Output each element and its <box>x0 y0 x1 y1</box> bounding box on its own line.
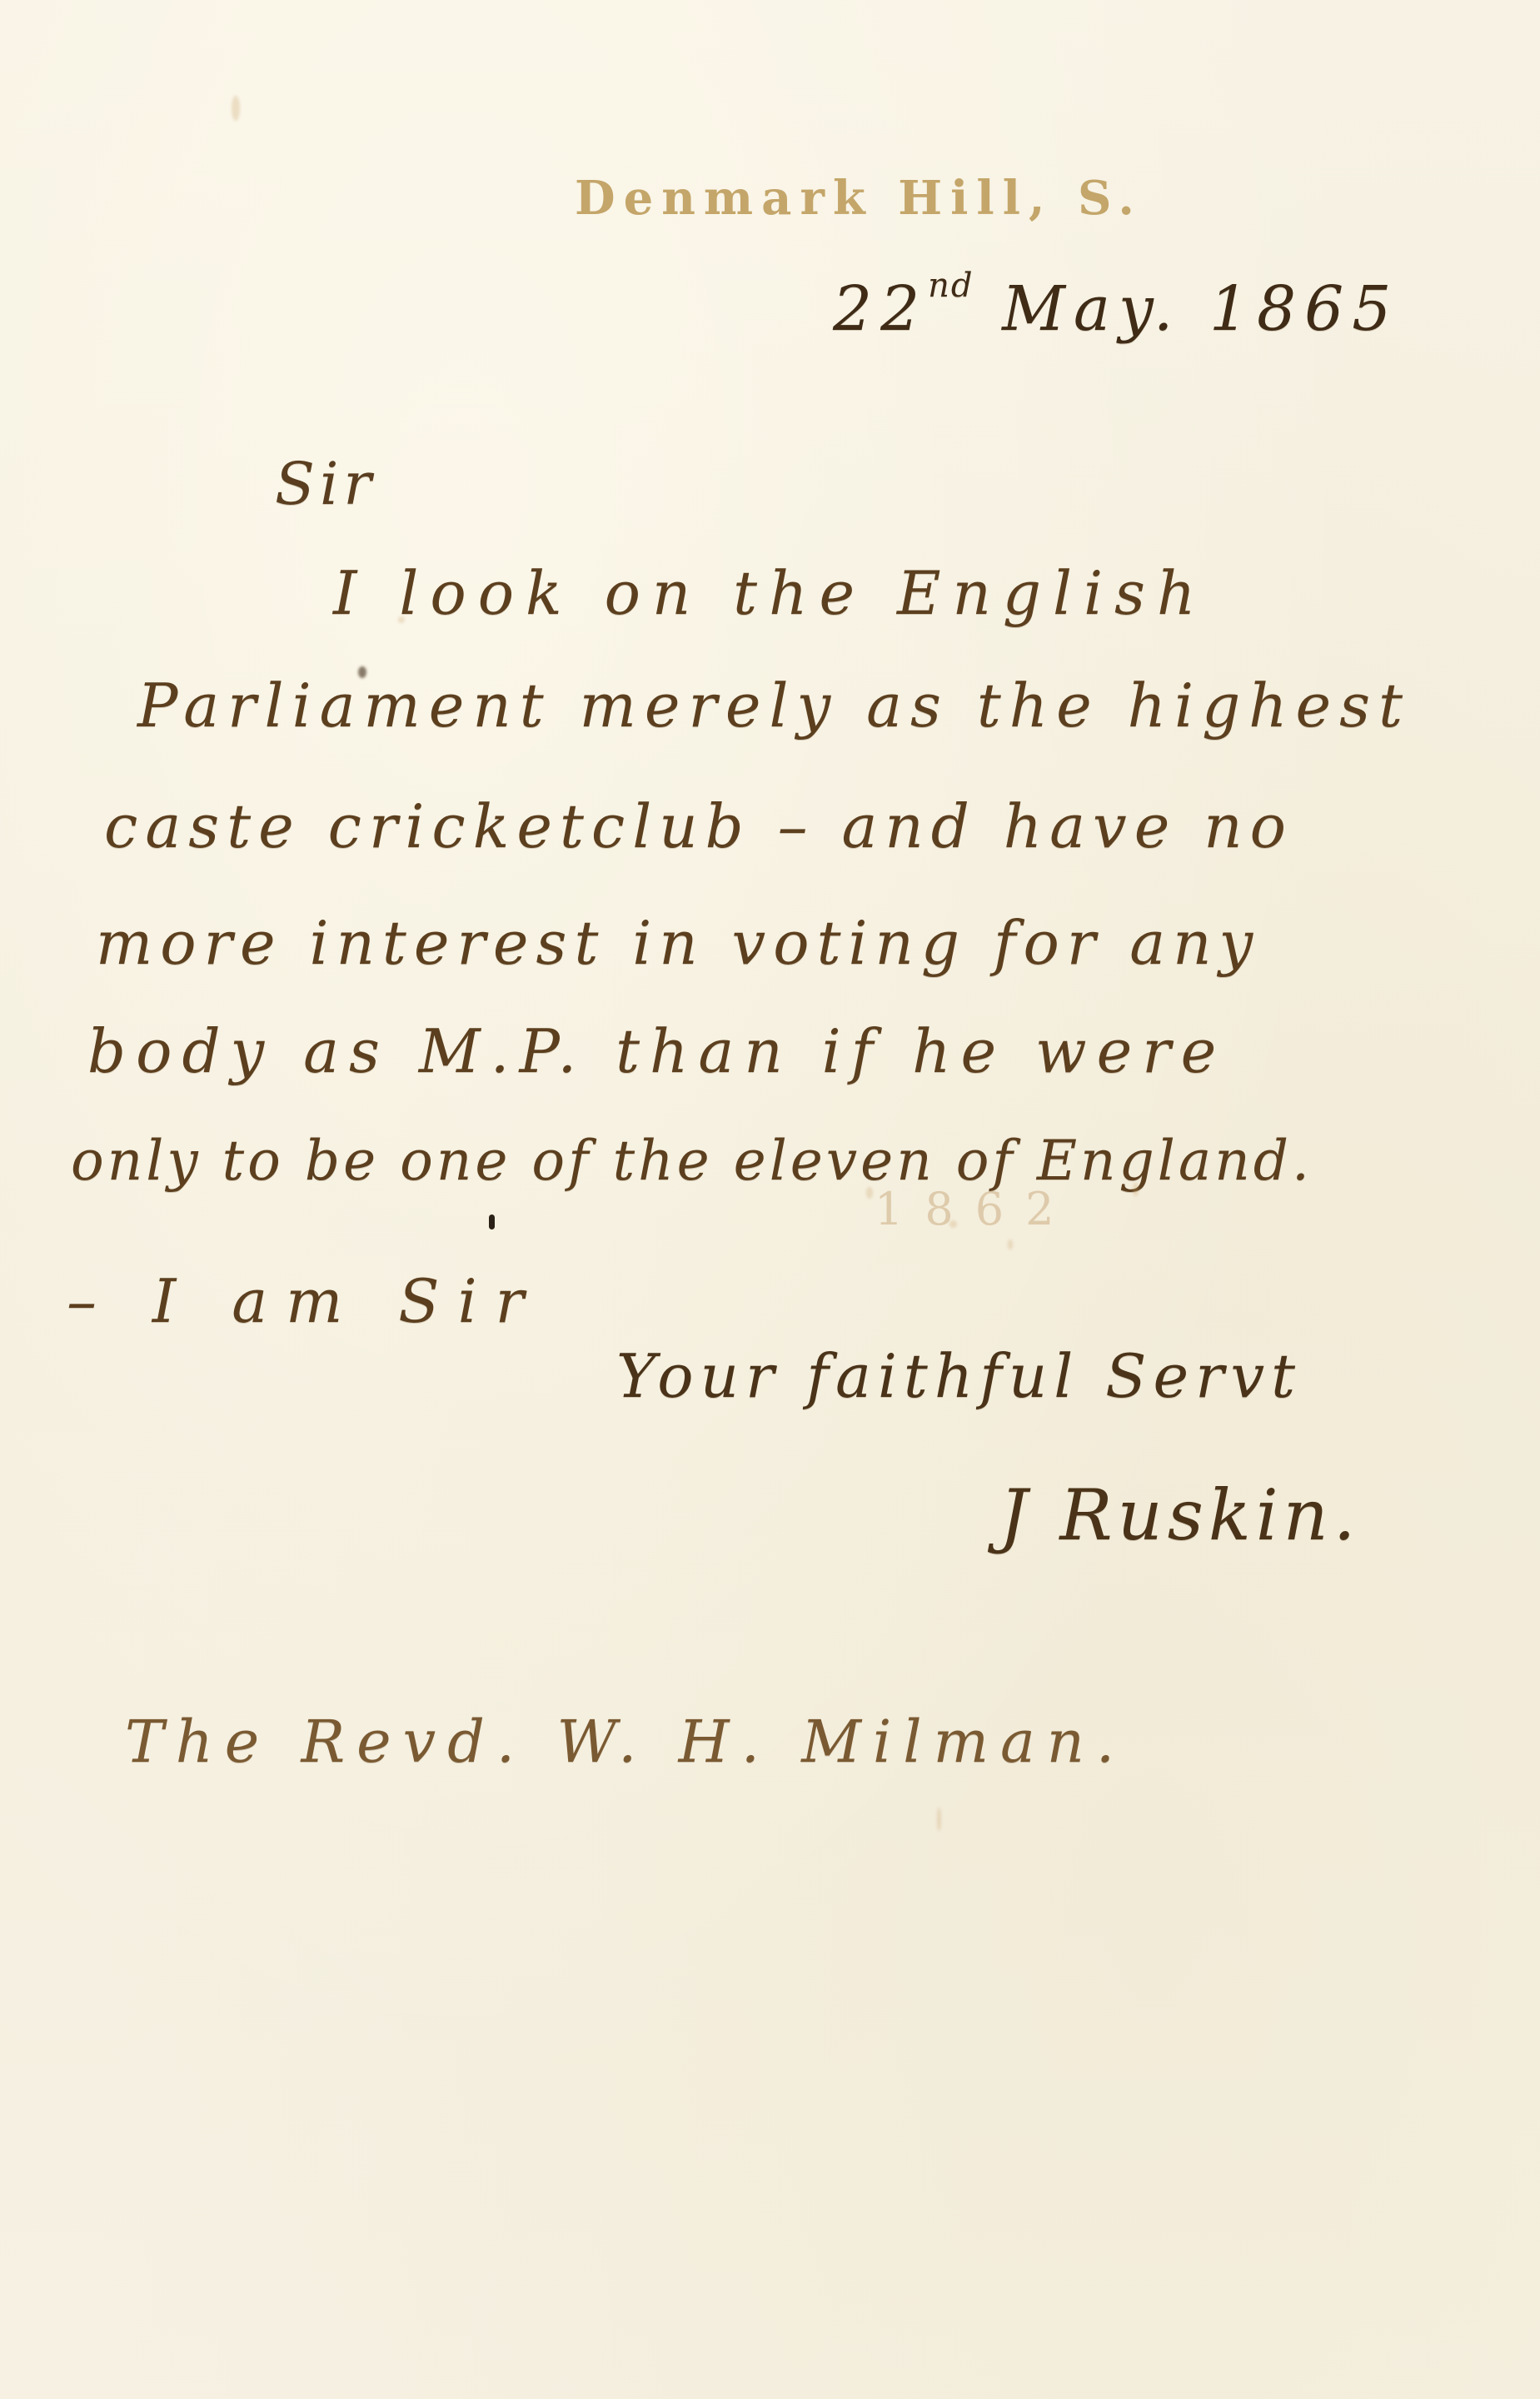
foxing-spot <box>949 1220 957 1228</box>
foxing-spot <box>1008 1239 1013 1249</box>
closing: Your faithful Servt <box>616 1341 1302 1411</box>
addressee: The Revd. W. H. Milman. <box>125 1708 1126 1776</box>
foxing-spot <box>232 96 240 121</box>
body-line: body as M.P. than if he were <box>87 1016 1226 1086</box>
ink-blot <box>489 1214 495 1229</box>
foxing-spot <box>1133 1183 1139 1196</box>
body-line: caste cricketclub – and have no <box>104 791 1293 861</box>
letterhead: Denmark Hill, S. <box>575 171 1143 226</box>
letter-sheet: Denmark Hill, S. 22nd May. 1865 Sir I lo… <box>0 0 1540 2399</box>
body-line: only to be one of the eleven of England. <box>71 1129 1313 1193</box>
foxing-spot <box>866 1187 873 1199</box>
body-line: Parliament merely as the highest <box>137 671 1411 741</box>
date-month-year: May. 1865 <box>974 273 1400 345</box>
body-line: – I am Sir <box>67 1266 542 1336</box>
date-day: 22 <box>833 273 928 345</box>
salutation: Sir <box>275 450 376 518</box>
foxing-spot <box>398 616 405 623</box>
letter-date: 22nd May. 1865 <box>833 267 1399 345</box>
body-line: more interest in voting for any <box>96 908 1260 978</box>
body-line: I look on the English <box>333 558 1207 628</box>
signature: J Ruskin. <box>999 1474 1360 1556</box>
offset-marks: 1862 <box>875 1183 1075 1235</box>
foxing-spot <box>358 666 366 678</box>
date-ordinal: nd <box>928 267 974 305</box>
foxing-spot <box>937 1808 941 1831</box>
